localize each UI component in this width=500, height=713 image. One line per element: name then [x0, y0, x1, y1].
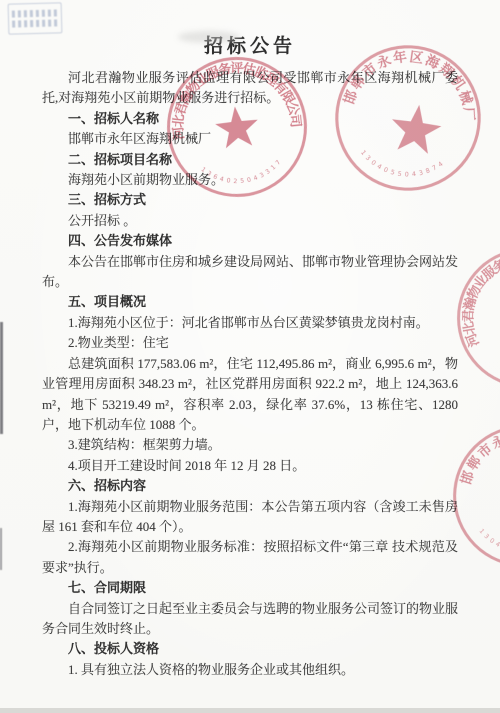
paragraph: 3.建筑结构：框架剪力墙。	[42, 435, 458, 455]
paragraph: 2.物业类型：住宅	[42, 333, 458, 353]
scan-edge-artifact	[0, 528, 2, 570]
corner-rect-stamp	[8, 2, 63, 34]
scan-edge-artifact	[0, 322, 3, 434]
corner-stamp-illegible-line	[12, 20, 58, 28]
svg-text:邯郸市永年区海翔机械厂: 邯郸市永年区海翔机械厂	[340, 40, 486, 124]
seal-ring-text: 邯郸市永年区海翔机械厂	[340, 40, 486, 124]
paragraph: 总建筑面积 177,583.06 m²，住宅 112,495.86 m²，商业 …	[42, 354, 458, 436]
paragraph: 4.项目开工建设时间 2018 年 12 月 28 日。	[42, 456, 458, 476]
paragraph: 1.海翔苑小区前期物业服务范围：本公告第五项内容（含竣工未售房屋 161 套和车…	[42, 497, 458, 538]
section-heading: 七、合同期限	[42, 578, 458, 598]
section-heading: 六、招标内容	[42, 476, 458, 496]
company-seal-stamp: 河北君瀚物业服务评估监理有限公司 1364025043317	[155, 45, 320, 210]
section-heading: 四、公告发布媒体	[42, 231, 458, 251]
paragraph: 自合同签订之日起至业主委员会与选聘的物业服务公司签订的物业服务合同生效时终止。	[42, 599, 458, 640]
paragraph: 1.海翔苑小区位于：河北省邯郸市丛台区黄粱梦镇贵龙岗村南。	[42, 313, 458, 333]
star-icon	[214, 104, 261, 149]
section-heading: 五、项目概况	[42, 292, 458, 312]
corner-stamp-illegible-line	[12, 9, 58, 17]
paragraph: 本公告在邯郸市住房和城乡建设局网站、邯郸市物业管理协会网站发布。	[42, 252, 458, 293]
section-heading: 八、投标人资格	[42, 639, 458, 659]
paragraph: 公开招标 。	[42, 211, 458, 231]
scanned-document-page: 招标公告 河北君瀚物业服务评估监理有限公司受邯郸市永年区海翔机械厂委托,对海翔苑…	[0, 0, 500, 713]
paragraph: 1. 具有独立法人资格的物业服务企业或其他组织。	[42, 660, 458, 680]
star-icon	[388, 101, 444, 155]
scan-bottom-band	[0, 708, 500, 713]
paragraph: 2.海翔苑小区前期物业服务标准：按照招标文件“第三章 技术规范及要求”执行。	[42, 537, 458, 578]
factory-seal-stamp: 邯郸市永年区海翔机械厂 1304055043874	[320, 30, 496, 206]
